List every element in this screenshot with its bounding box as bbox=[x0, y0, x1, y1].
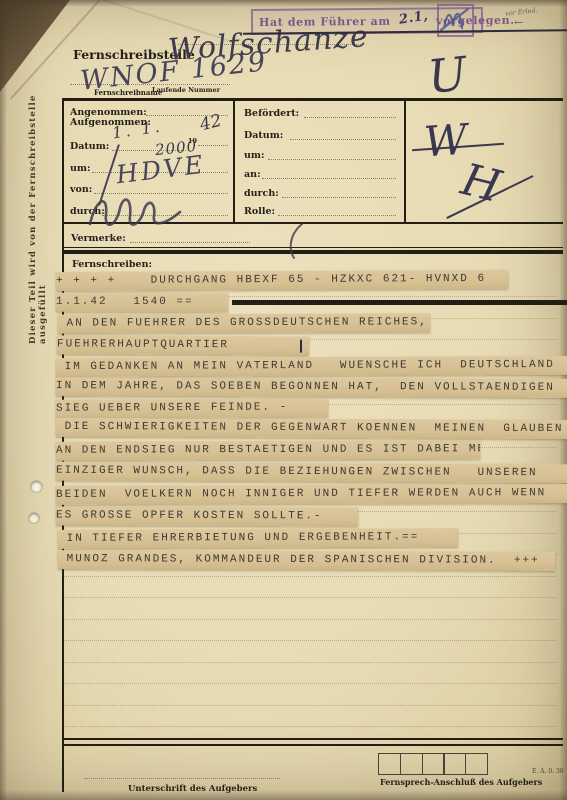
phone-digit-box bbox=[422, 753, 445, 775]
message-text: AN DEN ENDSIEG NUR BESTAETIGEN UND ES IS… bbox=[56, 443, 480, 457]
form-code: E. A. 0. 38 bbox=[532, 768, 564, 775]
message-strip: ES GROSSE OPFER KOSTEN SOLLTE.- bbox=[56, 506, 358, 526]
message-strip: AN DEN FUEHRER DES GROSSDEUTSCHEN REICHE… bbox=[58, 313, 430, 333]
margin-note: Dieser Teil wird von der Fernschreibstel… bbox=[28, 42, 48, 344]
durch-signature-scribble bbox=[84, 190, 188, 232]
message-text: 1.1.42 1540 == bbox=[56, 296, 194, 308]
message-text: IN DEM JAHRE, DAS SOEBEN BEGONNEN HAT, D… bbox=[56, 380, 555, 394]
message-text: EINZIGER WUNSCH, DASS DIE BEZIEHUNGEN ZW… bbox=[56, 465, 538, 480]
field-dotted-line bbox=[268, 159, 396, 160]
pen-tick bbox=[300, 340, 302, 353]
ruled-line bbox=[63, 661, 557, 663]
field-dotted-line bbox=[290, 139, 396, 140]
message-strip: MUNOZ GRANDES, KOMMANDEUR DER SPANISCHEN… bbox=[58, 550, 555, 571]
paper-edge-top bbox=[0, 0, 567, 7]
um-label-left: um: bbox=[70, 163, 90, 174]
message-strip: DIE SCHWIERIGKEITEN DER GEGENWART KOENNE… bbox=[56, 418, 567, 439]
ruled-line bbox=[63, 639, 557, 641]
um-label-right: um: bbox=[244, 150, 264, 161]
field-dotted-line bbox=[130, 242, 250, 243]
punch-hole bbox=[31, 481, 42, 492]
message-strip: IM GEDANKEN AN MEIN VATERLAND WUENSCHE I… bbox=[56, 356, 567, 377]
message-strip: SIEG UEBER UNSERE FEINDE. - bbox=[56, 398, 328, 418]
paper-edge-left bbox=[0, 0, 7, 800]
field-dotted-line bbox=[278, 215, 396, 216]
ruled-line bbox=[63, 704, 557, 706]
message-strip: IN TIEFER EHRERBIETUNG UND ERGEBENHEIT.=… bbox=[58, 528, 458, 549]
befoerdert-label: Befördert: bbox=[244, 108, 299, 119]
phone-digit-box bbox=[443, 753, 466, 775]
phone-number-boxes bbox=[378, 753, 487, 775]
field-dotted-line bbox=[262, 178, 396, 179]
ruled-line bbox=[63, 596, 557, 598]
datum-label-left: Datum: bbox=[70, 141, 109, 152]
message-text: ES GROSSE OPFER KOSTEN SOLLTE.- bbox=[56, 509, 323, 522]
year-handwritten: 42 bbox=[198, 111, 224, 136]
datum-label-right: Datum: bbox=[244, 130, 283, 141]
message-strip: IN DEM JAHRE, DAS SOEBEN BEGONNEN HAT, D… bbox=[56, 377, 567, 398]
pencil-arrow: ← bbox=[514, 16, 523, 29]
message-strip: 1.1.42 1540 == bbox=[56, 293, 228, 313]
durch-label-right: durch: bbox=[244, 188, 279, 199]
an-label: an: bbox=[244, 169, 261, 180]
vermerke-thick-rule bbox=[62, 250, 563, 254]
signature-dotted-line bbox=[84, 778, 280, 779]
message-text: FUEHRERHAUPTQUARTIER bbox=[57, 338, 229, 351]
vermerke-thin-rule bbox=[62, 247, 563, 248]
ruled-line bbox=[63, 725, 557, 727]
pen-initial-w: W bbox=[422, 115, 468, 167]
message-heavy-rule bbox=[232, 300, 567, 305]
ruled-line bbox=[63, 682, 557, 684]
paper-edge-right bbox=[559, 0, 567, 800]
vermerke-label: Vermerke: bbox=[71, 233, 126, 244]
table-divider-2 bbox=[404, 98, 406, 224]
message-text: BEIDEN VOELKERN NOCH INNIGER UND TIEFER … bbox=[56, 487, 546, 501]
table-top-rule bbox=[62, 98, 563, 101]
field-dotted-line bbox=[304, 117, 396, 118]
von-handwritten: HDVE bbox=[115, 150, 208, 190]
phone-digit-box bbox=[378, 753, 401, 775]
signature-label: Unterschrift des Aufgebers bbox=[128, 784, 257, 794]
field-dotted-line bbox=[282, 197, 396, 198]
field-dotted-line bbox=[198, 145, 228, 146]
message-text: SIEG UEBER UNSERE FEINDE. - bbox=[56, 401, 288, 414]
pen-initial-u: U bbox=[425, 46, 469, 104]
message-strip: EINZIGER WUNSCH, DASS DIE BEZIEHUNGEN ZW… bbox=[56, 462, 567, 484]
phone-label: Fernsprech-Anschluß des Aufgebers bbox=[380, 777, 542, 787]
phone-digit-box bbox=[465, 753, 488, 775]
message-text: IM GEDANKEN AN MEIN VATERLAND WUENSCHE I… bbox=[56, 359, 555, 373]
phone-digit-box bbox=[400, 753, 423, 775]
telegram-form-page: Dieser Teil wird von der Fernschreibstel… bbox=[0, 0, 567, 800]
paper-edge-bottom bbox=[0, 790, 567, 800]
footer-double-rule-a bbox=[62, 738, 563, 740]
fernschreiben-label: Fernschreiben: bbox=[72, 259, 152, 270]
stamp-initial-scribble bbox=[439, 6, 471, 32]
ruled-line bbox=[63, 618, 557, 620]
message-text: MUNOZ GRANDES, KOMMANDEUR DER SPANISCHEN… bbox=[58, 553, 540, 567]
message-strip: + + + + DURCHGANG HBEXF 65 - HZKXC 621- … bbox=[56, 270, 508, 291]
pen-stroke bbox=[282, 222, 306, 260]
rolle-label: Rolle: bbox=[244, 206, 275, 217]
message-text: DIE SCHWIERIGKEITEN DER GEGENWART KOENNE… bbox=[56, 421, 564, 435]
stamp-date-handwritten: 2.1, bbox=[398, 8, 429, 27]
message-text: + + + + DURCHGANG HBEXF 65 - HZKXC 621- … bbox=[56, 273, 486, 287]
message-strip: AN DEN ENDSIEG NUR BESTAETIGEN UND ES IS… bbox=[56, 440, 480, 460]
punch-hole bbox=[29, 513, 39, 523]
message-text: IN TIEFER EHRERBIETUNG UND ERGEBENHEIT.=… bbox=[58, 531, 419, 545]
message-strip: FUEHRERHAUPTQUARTIER bbox=[57, 335, 309, 355]
message-strip: BEIDEN VOELKERN NOCH INNIGER UND TIEFER … bbox=[56, 484, 567, 505]
ruled-line bbox=[63, 575, 557, 577]
message-text: AN DEN FUEHRER DES GROSSDEUTSCHEN REICHE… bbox=[58, 316, 428, 329]
footer-double-rule-b bbox=[62, 744, 563, 746]
table-divider-1 bbox=[233, 98, 235, 224]
